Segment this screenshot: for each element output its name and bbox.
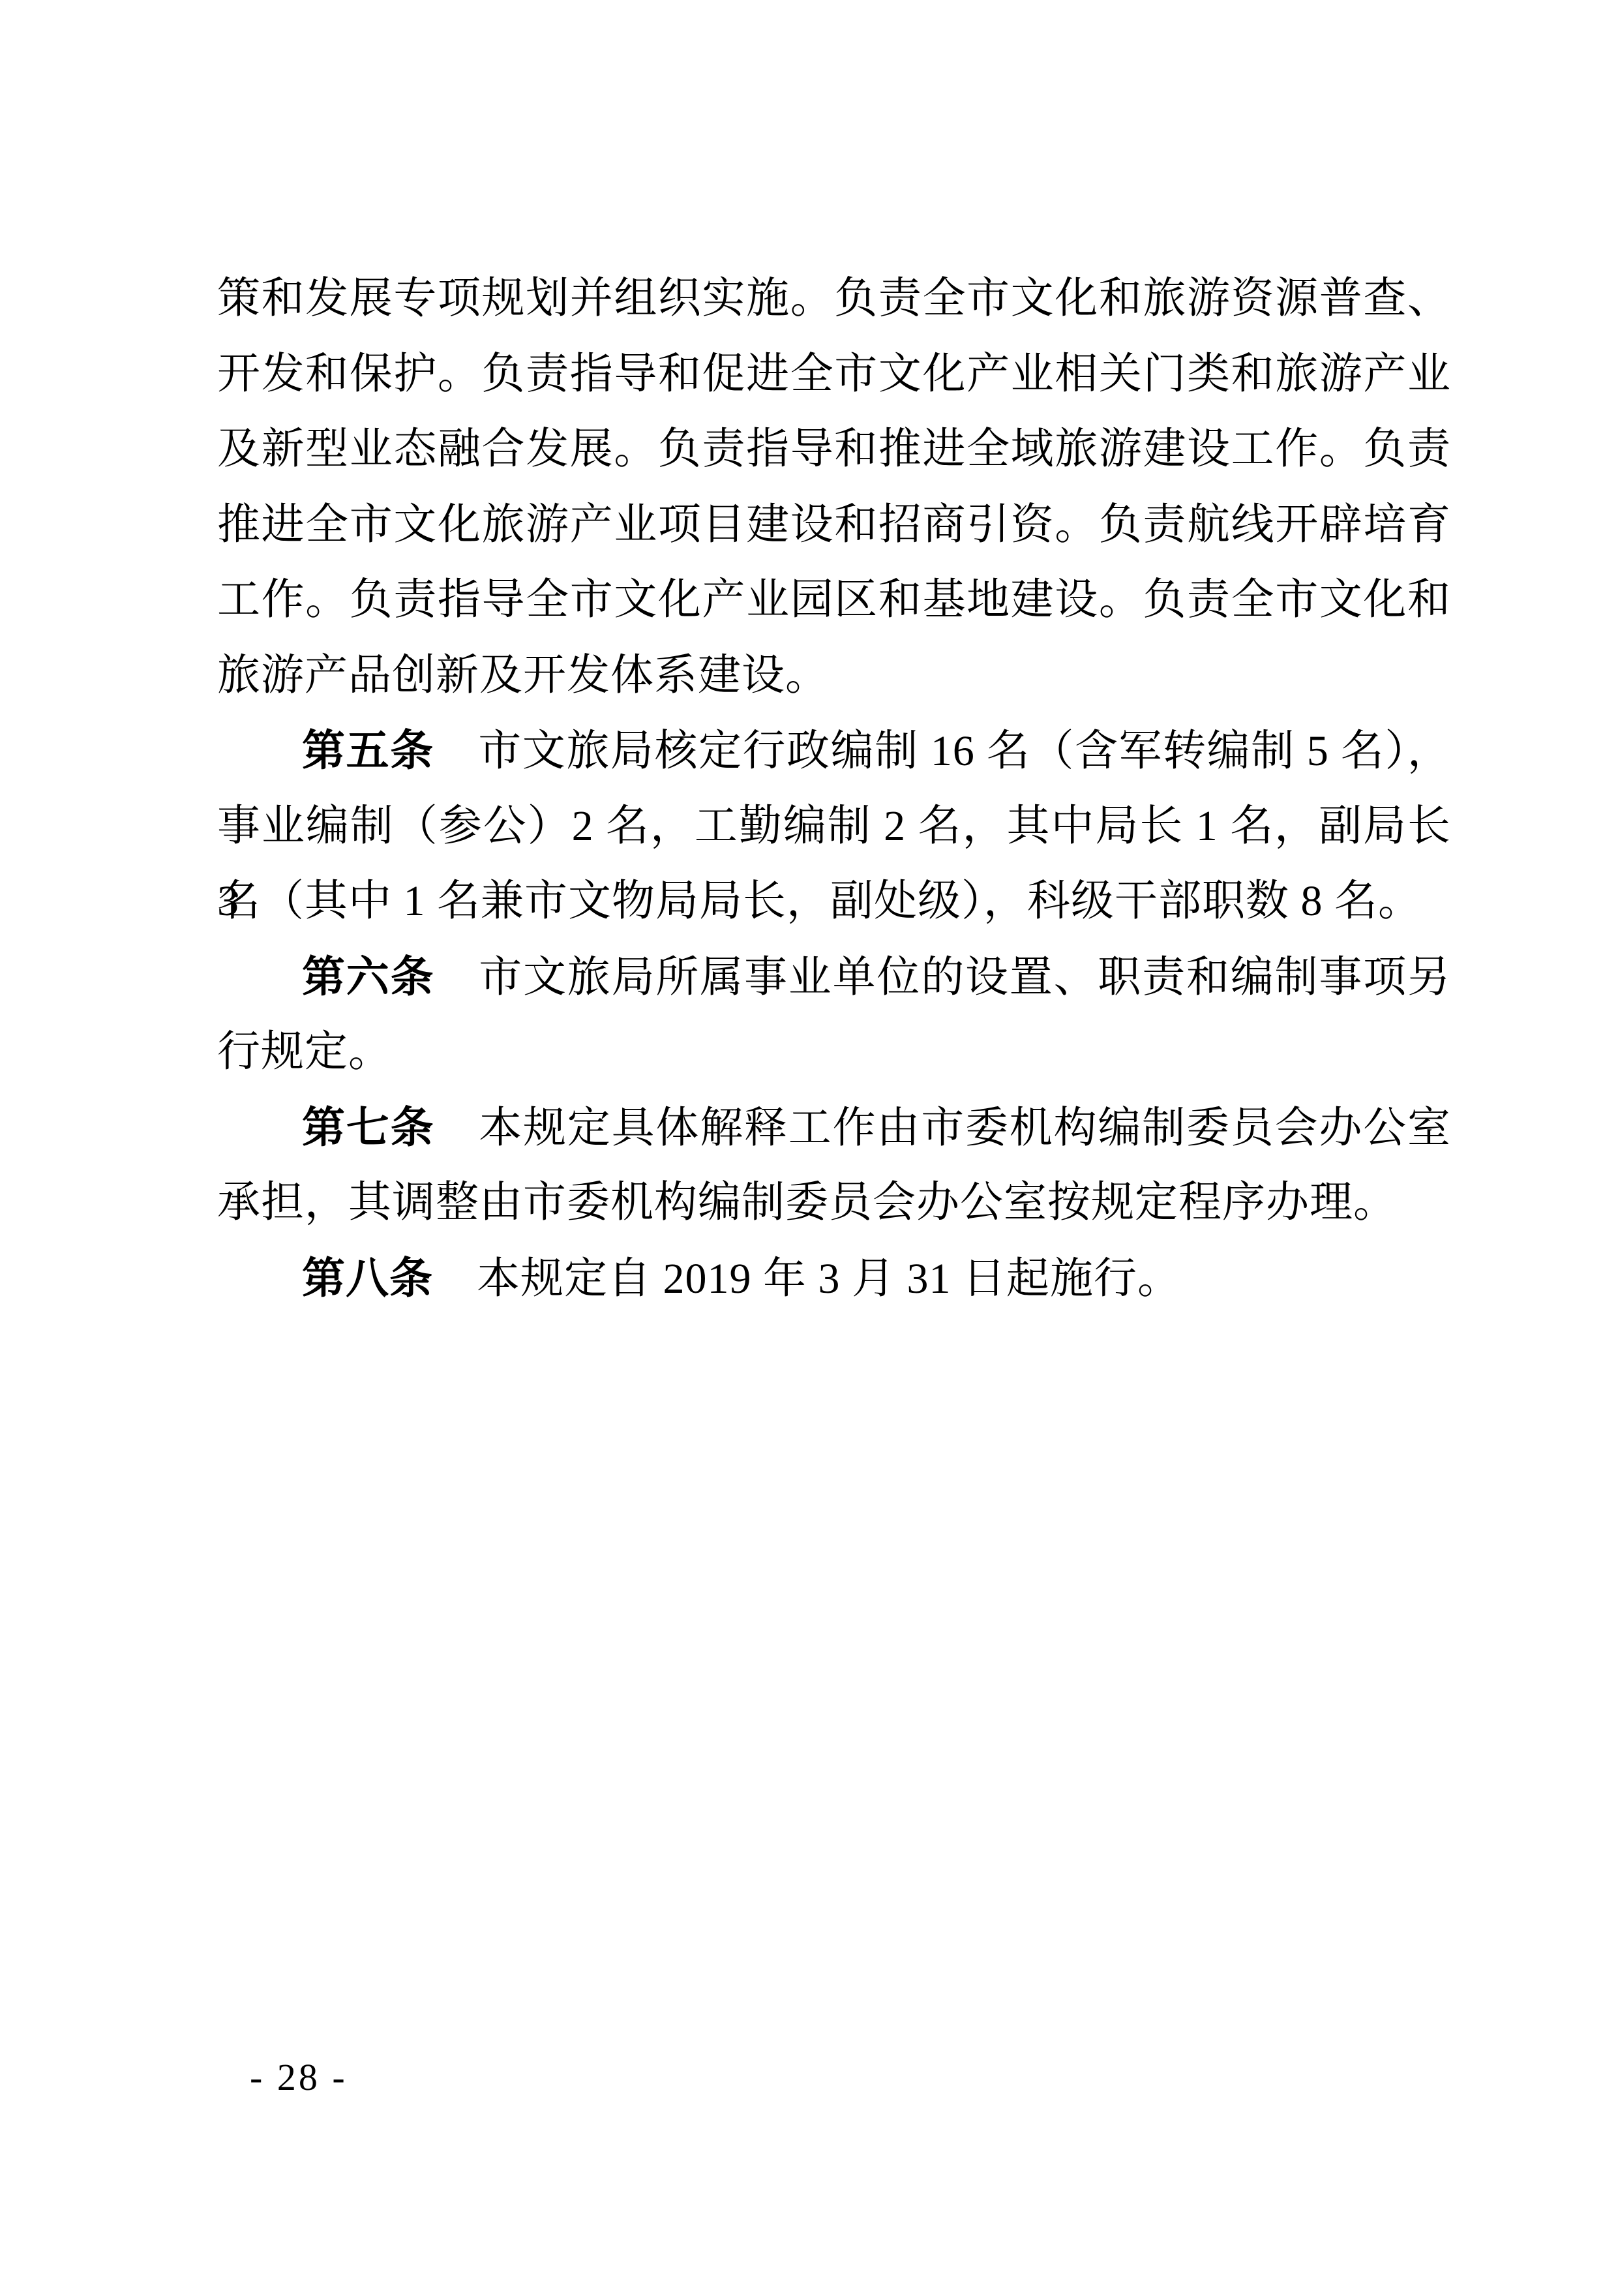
line-text: 承担，其调整由市委机构编制委员会办公室按规定程序办理。 <box>217 1179 1397 1226</box>
text-line-article-7: 第七条 本规定具体解释工作由市委机构编制委员会办公室 <box>217 1090 1451 1166</box>
document-page: 策和发展专项规划并组织实施。负责全市文化和旅游资源普查、 开发和保护。负责指导和… <box>0 0 1618 2296</box>
text-line: 策和发展专项规划并组织实施。负责全市文化和旅游资源普查、 <box>217 261 1451 337</box>
text-line: 行规定。 <box>217 1014 1451 1090</box>
text-line: 推进全市文化旅游产业项目建设和招商引资。负责航线开辟培育 <box>217 487 1451 563</box>
text-line: 开发和保护。负责指导和促进全市文化产业相关门类和旅游产业 <box>217 337 1451 412</box>
article-number: 第五条 <box>302 726 434 774</box>
document-body: 策和发展专项规划并组织实施。负责全市文化和旅游资源普查、 开发和保护。负责指导和… <box>217 261 1451 1316</box>
article-number: 第六条 <box>302 952 434 1001</box>
text-line: 事业编制（参公）2 名，工勤编制 2 名，其中局长 1 名，副局长 3 <box>217 789 1451 864</box>
line-text: 开发和保护。负责指导和促进全市文化产业相关门类和旅游产业 <box>217 350 1451 398</box>
article-number: 第八条 <box>302 1254 433 1302</box>
text-line: 工作。负责指导全市文化产业园区和基地建设。负责全市文化和 <box>217 562 1451 638</box>
article-number: 第七条 <box>302 1103 434 1151</box>
text-line-article-5: 第五条 市文旅局核定行政编制 16 名（含军转编制 5 名）， <box>217 713 1451 789</box>
line-text: 旅游产品创新及开发体系建设。 <box>217 652 829 699</box>
text-line-article-8: 第八条 本规定自 2019 年 3 月 31 日起施行。 <box>217 1241 1451 1316</box>
line-text: 策和发展专项规划并组织实施。负责全市文化和旅游资源普查、 <box>217 275 1451 322</box>
text-line: 名（其中 1 名兼市文物局局长，副处级），科级干部职数 8 名。 <box>217 864 1451 939</box>
line-text: 本规定具体解释工作由市委机构编制委员会办公室 <box>434 1104 1451 1152</box>
line-text: 市文旅局所属事业单位的设置、职责和编制事项另 <box>434 954 1451 1001</box>
line-text: 行规定。 <box>217 1028 392 1076</box>
line-text: 工作。负责指导全市文化产业园区和基地建设。负责全市文化和 <box>217 576 1451 624</box>
text-line: 及新型业态融合发展。负责指导和推进全域旅游建设工作。负责 <box>217 412 1451 487</box>
text-line: 旅游产品创新及开发体系建设。 <box>217 638 1451 714</box>
line-text: 本规定自 2019 年 3 月 31 日起施行。 <box>433 1255 1181 1303</box>
line-text: 名（其中 1 名兼市文物局局长，副处级），科级干部职数 8 名。 <box>217 877 1422 925</box>
text-line: 承担，其调整由市委机构编制委员会办公室按规定程序办理。 <box>217 1165 1451 1241</box>
line-text: 及新型业态融合发展。负责指导和推进全域旅游建设工作。负责 <box>217 425 1451 473</box>
line-text: 推进全市文化旅游产业项目建设和招商引资。负责航线开辟培育 <box>217 501 1451 549</box>
line-text: 市文旅局核定行政编制 16 名（含军转编制 5 名）， <box>434 727 1451 775</box>
text-line-article-6: 第六条 市文旅局所属事业单位的设置、职责和编制事项另 <box>217 939 1451 1015</box>
page-number: - 28 - <box>250 2055 348 2100</box>
